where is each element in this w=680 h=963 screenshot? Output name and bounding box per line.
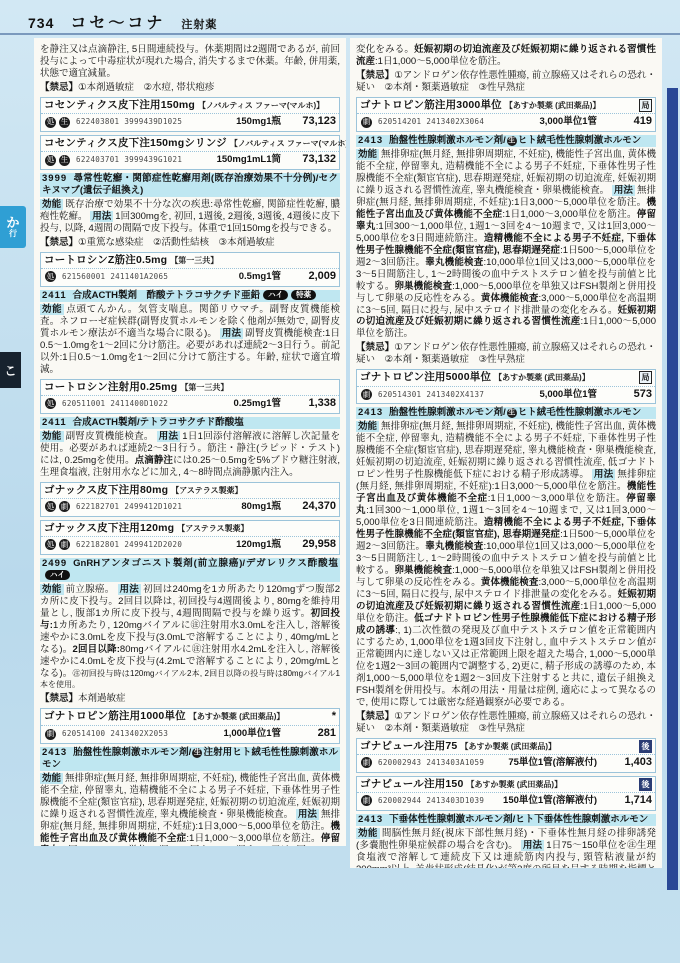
drug-header-row: ゴナックス皮下注用120mg【アステラス製薬】 [41,521,339,537]
manufacturer-name: 【第一三共】 [180,383,228,393]
asterisk-mark: * [332,710,336,724]
drug-header-row: コセンティクス皮下注用150mg【ノバルティス ファーマ(マルホ)】 [41,98,339,114]
section-label: 効能 [356,828,380,839]
yj-code: 2413402X4137 [426,390,484,399]
classification-line: 2411合成ACTH製剤 酢酸テトラコサクチド亜鉛ハイ特薬 [40,290,340,302]
section-label: 効能 [40,304,64,315]
text-run: 黄体機能検査 [481,577,539,588]
manufacturer-name: 【あすか製薬 (武田薬品)】 [467,780,563,790]
receipt-code: 620511001 [62,399,105,408]
kana-tab-suffix: 行 [9,229,17,238]
contraindication-label: 【禁忌】 [356,711,394,722]
text-run: GnRHアンタゴニスト製剤(前立腺癌)/デガレリクス酢酸塩 [73,558,338,569]
text-run: 前立腺癌。 [66,584,118,595]
classification-code: 2411 [42,290,67,301]
biological-product-mark-icon: 生 [59,155,70,166]
regulation-marks: 処 [44,271,57,282]
price-value: 281 [286,727,336,741]
text-run: 睾丸機能検査 [425,257,483,268]
text-run: 黄体機能検査 [481,293,539,304]
generic-after-mark: 後 [639,740,652,753]
paragraph: 【禁忌】①アンドロゲン依存性悪性腫瘍, 前立腺癌又はそれらの恐れ・疑い ②本剤・… [356,711,656,735]
section-label: 用法 [521,840,544,851]
regulation-marks: 処生 [44,117,71,128]
section-label: 効能 [40,199,63,210]
price-row: 劇6205141002413402X20531,000単位1管281 [41,726,339,743]
classification-code: 2413 [358,407,383,418]
drug-name: コセンティクス皮下注150mgシリンジ [44,137,227,150]
drug-name: コートロシン注射用0.25mg [44,381,177,394]
generic-after-mark: 後 [639,778,652,791]
price-row: 処劇6221827012499412D102180mg1瓶24,370 [41,499,339,516]
section-label: 効能 [356,421,379,432]
price-value: 24,370 [286,500,336,514]
drug-name: ゴナピュール注用150 [360,778,464,791]
text-run: ①アンドロゲン依存性悪性腫瘍, 前立腺癌又はそれらの恐れ・疑い ②本剤・類薬過敏… [356,70,656,93]
unit-spec: 75単位1管(溶解液付) [508,757,597,769]
price-row: 処6215600012411401A20650.5mg1管2,009 [41,269,339,286]
text-run: 合成ACTH製剤/テトラコサクチド酢酸塩 [73,417,244,428]
kana-tab-label: か [6,216,19,229]
page-edge-index-bar [667,88,678,890]
drug-entry: ゴナックス皮下注用120mg【アステラス製薬】処劇622182801249941… [40,520,340,555]
prescription-mark-icon: 処 [45,539,56,550]
prescription-mark-icon: 処 [45,271,56,282]
classification-code: 2413 [358,135,383,146]
text-run: 胎盤性性腺刺激ホルモン剤/ [389,407,506,418]
text-run: 胎盤性性腺刺激ホルモン剤/ [389,135,506,146]
yj-code: 2499412D1021 [124,502,182,511]
classification-code: 2411 [42,417,67,428]
section-label: 用法 [118,584,142,595]
unit-spec: 0.25mg1管 [233,398,281,410]
text-run: ㊟初回投与時は120mgバイアル2本, 2回目以降の投与時は80mgバイアル1本… [40,669,340,690]
paragraph: 効能既存治療で効果不十分な次の疾患:尋常性乾癬, 関節症性乾癬, 膿疱性乾癬。 … [40,199,340,235]
kana-current-label: こ [4,362,16,379]
unit-spec: 80mg1瓶 [241,501,281,513]
text-run: 2回目以降: [72,644,119,655]
text-run: 胎盤性性腺刺激ホルモン剤/ [73,747,191,758]
section-label: 効能 [356,149,379,160]
text-run: ①アンドロゲン依存性悪性腫瘍, 前立腺癌又はそれらの恐れ・疑い ②本剤・類薬過敏… [356,342,656,365]
header-divider [0,33,680,35]
price-row: 処生6224037013999439G1021150mg1mL1筒73,132 [41,152,339,169]
biological-mark-icon: 生 [192,748,202,758]
classification-code: 2499 [42,558,67,569]
manufacturer-name: 【あすか製薬 (武田薬品)】 [505,101,601,111]
price-row: 処6205110012411400D10220.25mg1管1,338 [41,396,339,413]
powerful-drug-mark-icon: 劇 [361,757,372,768]
drug-name: ゴナトロピン筋注用1000単位 [44,710,186,723]
powerful-drug-mark-icon: 劇 [59,501,70,512]
text-run: :, 1)二次性徴の発現及び血中テストステロン値を正常範囲内にするため, 1,0… [356,625,656,708]
text-run: ①アンドロゲン依存性悪性腫瘍, 前立腺癌又はそれらの恐れ・疑い ②本剤・類薬過敏… [356,711,656,734]
text-run: 卵巣機能検査 [394,281,452,292]
unit-spec: 1,000単位1管 [223,728,281,740]
page-header: 734 コセ〜コナ 注射薬 [28,10,217,33]
drug-name: ゴナピュール注用75 [360,740,457,753]
drug-name: コートロシンZ筋注0.5mg [44,254,167,267]
price-row: 処生6224038013999439D1025150mg1瓶73,123 [41,114,339,131]
pharmacopoeia-mark: 局 [639,99,652,112]
yj-code: 2499412D2020 [124,540,182,549]
manufacturer-name: 【ノバルティス ファーマ(マルホ)】 [230,139,346,149]
price-value: 73,123 [286,115,336,129]
text-run: 変化をみる。 [356,44,414,55]
drug-entry: ゴナトロピン筋注用3000単位【あすか製薬 (武田薬品)】局劇620514201… [356,97,656,132]
receipt-code: 622182801 [76,540,119,549]
text-run: 無排卵症(無月経, 無排卵周期症, 不妊症), 機能性子宮出血, 黄体機能不全症… [40,773,340,820]
column-left: を静注又は点滴静注, 5日間連続投与。休薬期間は2週間であるが, 前回投与によっ… [34,38,346,846]
drug-entry: ゴナックス皮下注用80mg【アステラス製薬】処劇6221827012499412… [40,482,340,517]
price-value: 573 [602,388,652,402]
regulation-marks: 劇 [44,729,57,740]
receipt-code: 620514100 [62,729,105,738]
yj-code: 3999439D1025 [124,117,182,126]
text-run: 無排卵症(無月経, 無排卵周期症, 不妊症), 機能性子宮出血, 黄体機能不全症… [356,149,656,196]
kana-index-tab-ka[interactable]: か 行 [0,206,26,248]
prescription-mark-icon: 処 [45,501,56,512]
contraindication-label: 【禁忌】 [40,693,78,704]
receipt-code: 620514201 [378,117,421,126]
classification-line: 2499GnRHアンタゴニスト製剤(前立腺癌)/デガレリクス酢酸塩ハイ [40,558,340,582]
text-run: 睾丸機能検査 [425,541,483,552]
drug-entry: ゴナピュール注用150【あすか製薬 (武田薬品)】後劇6200029442413… [356,776,656,811]
drug-header-row: ゴナトロピン筋注用3000単位【あすか製薬 (武田薬品)】局 [357,98,655,114]
unit-spec: 150単位1管(溶解液付) [503,795,597,807]
section-label: 用法 [592,469,615,480]
receipt-code: 622403801 [76,117,119,126]
yj-code: 2413402X2053 [110,729,168,738]
price-value: 1,403 [602,756,652,770]
classification-line: 2413胎盤性性腺刺激ホルモン剤/生ヒト絨毛性性腺刺激ホルモン [356,135,656,147]
paragraph: 【禁忌】①アンドロゲン依存性悪性腫瘍, 前立腺癌又はそれらの恐れ・疑い ②本剤・… [356,70,656,94]
page-subtitle: 注射薬 [181,16,217,32]
text-run: 点滴静注 [135,455,173,466]
price-value: 1,714 [602,794,652,808]
classification-code: 3999 [42,173,67,184]
text-run: 本剤過敏症 [78,693,126,704]
drug-entry: コートロシンZ筋注0.5mg【第一三共】処6215600012411401A20… [40,252,340,287]
drug-header-row: ゴナックス皮下注用80mg【アステラス製薬】 [41,483,339,499]
price-row: 劇6200029432413403A105975単位1管(溶解液付)1,403 [357,755,655,772]
text-run: ヒト絨毛性性腺刺激ホルモン [518,135,642,146]
price-value: 73,132 [286,153,336,167]
paragraph: 【禁忌】①本剤過敏症 ②水痘, 帯状疱疹 [40,82,340,94]
drug-name: ゴナックス皮下注用120mg [44,522,174,535]
paragraph: 【禁忌】本剤過敏症 [40,693,340,705]
biological-mark-icon: 生 [507,408,517,418]
paragraph: 【禁忌】①アンドロゲン依存性悪性腫瘍, 前立腺癌又はそれらの恐れ・疑い ②本剤・… [356,342,656,366]
price-value: 1,338 [286,397,336,411]
contraindication-label: 【禁忌】 [40,237,78,248]
powerful-drug-mark-icon: 劇 [45,729,56,740]
column-right: 変化をみる。妊娠初期の切迫流産及び妊娠初期に繰り返される習慣性流産:1日1,00… [350,38,662,868]
text-run: :1日1,000〜5,000単位を筋注。 [375,56,506,67]
paragraph: を静注又は点滴静注, 5日間連続投与。休薬期間は2週間であるが, 前回投与によっ… [40,44,340,80]
hai-risk-badge: ハイ [45,570,70,580]
section-label: 効能 [40,431,64,442]
classification-line: 2413胎盤性性腺刺激ホルモン剤/生ヒト絨毛性性腺刺激ホルモン [356,407,656,419]
price-row: 劇6200029442413403D1039150単位1管(溶解液付)1,714 [357,793,655,810]
text-run: を静注又は点滴静注, 5日間連続投与。休薬期間は2週間であるが, 前回投与によっ… [40,44,340,79]
manufacturer-name: 【ノバルティス ファーマ(マルホ)】 [198,101,324,111]
receipt-code: 620002944 [378,796,421,805]
powerful-drug-mark-icon: 劇 [59,539,70,550]
drug-header-row: ゴナトロピン筋注用1000単位【あすか製薬 (武田薬品)】* [41,709,339,726]
price-value: 419 [602,115,652,129]
text-run: :1日1,000〜3,000単位を筋注。 [488,493,626,504]
text-run: 合成ACTH製剤 酢酸テトラコサクチド亜鉛 [73,290,261,301]
manufacturer-name: 【あすか製薬 (武田薬品)】 [494,373,590,383]
pharmaceutical-reference-page: 734 コセ〜コナ 注射薬 を静注又は点滴静注, 5日間連続投与。休薬期間は2週… [0,0,680,963]
yj-code: 2413402X3064 [426,117,484,126]
page-number: 734 [28,15,54,31]
regulation-marks: 処 [44,398,57,409]
section-label: 用法 [296,809,319,820]
receipt-code: 622182701 [76,502,119,511]
regulation-marks: 劇 [360,757,373,768]
contraindication-label: 【禁忌】 [356,342,394,353]
drug-name: ゴナックス皮下注用80mg [44,484,168,497]
classification-code: 2413 [42,747,67,758]
regulation-marks: 処生 [44,155,71,166]
drug-entry: コセンティクス皮下注150mgシリンジ【ノバルティス ファーマ(マルホ)】処生6… [40,135,340,170]
price-value: 2,009 [286,270,336,284]
powerful-drug-mark-icon: 劇 [361,389,372,400]
unit-spec: 0.5mg1管 [239,271,281,283]
unit-spec: 5,000単位1管 [539,389,597,401]
yj-code: 2413403A1059 [426,758,484,767]
paragraph: 効能前立腺癌。 用法初回は240mgを1カ所あたり120mgずつ腹部2カ所に皮下… [40,584,340,692]
unit-spec: 150mg1mL1筒 [217,154,281,166]
text-run: :1回300〜1,000単位, 1週1〜3回を4〜10週まで, 又は1回3,00… [40,845,340,846]
drug-header-row: コートロシンZ筋注0.5mg【第一三共】 [41,253,339,269]
paragraph: 効能間脳性無月経(視床下部性無月経)・下垂体性無月経の排卵誘発(多嚢胞性卵巣症候… [356,828,656,868]
section-label: 用法 [220,328,243,339]
powerful-drug-mark-icon: 劇 [361,795,372,806]
drug-name: ゴナトロピン筋注用3000単位 [360,99,502,112]
drug-entry: コートロシン注射用0.25mg【第一三共】処6205110012411400D1… [40,379,340,414]
section-label: 効能 [40,584,64,595]
regulation-marks: 劇 [360,389,373,400]
tokuyaku-badge: 特薬 [291,290,316,300]
paragraph: 効能無排卵症(無月経, 無排卵周期症, 不妊症), 機能性子宮出血, 黄体機能不… [40,773,340,846]
price-row: 劇6205143012413402X41375,000単位1管573 [357,387,655,404]
receipt-code: 620514301 [378,390,421,399]
unit-spec: 3,000単位1管 [539,116,597,128]
prescription-mark-icon: 処 [45,117,56,128]
regulation-marks: 処劇 [44,501,71,512]
manufacturer-name: 【第一三共】 [170,256,218,266]
receipt-code: 622403701 [76,155,119,164]
biological-product-mark-icon: 生 [59,117,70,128]
section-label: 用法 [612,185,635,196]
paragraph: 効能点頭てんかん。気管支喘息。関節リウマチ。副腎皮質機能検査。ネフローゼ症候群(… [40,304,340,376]
unit-spec: 150mg1瓶 [236,116,281,128]
regulation-marks: 劇 [360,795,373,806]
price-row: 処劇6221828012499412D2020120mg1瓶29,958 [41,537,339,554]
drug-header-row: コートロシン注射用0.25mg【第一三共】 [41,380,339,396]
yj-code: 3999439G1021 [124,155,182,164]
classification-line: 2413胎盤性性腺刺激ホルモン剤/生注射用ヒト絨毛性性腺刺激ホルモン [40,747,340,771]
paragraph: 効能無排卵症(無月経, 無排卵周期症, 不妊症), 機能性子宮出血, 黄体機能不… [356,421,656,708]
drug-entry: ゴナトロピン筋注用1000単位【あすか製薬 (武田薬品)】*劇620514100… [40,708,340,744]
biological-mark-icon: 生 [507,136,517,146]
drug-entry: ゴナトロピン注用5000単位【あすか製薬 (武田薬品)】局劇6205143012… [356,369,656,404]
drug-header-row: コセンティクス皮下注150mgシリンジ【ノバルティス ファーマ(マルホ)】 [41,136,339,152]
receipt-code: 620002943 [378,758,421,767]
classification-line: 2413下垂体性性腺刺激ホルモン剤/ヒト下垂体性性腺刺激ホルモン [356,814,656,826]
manufacturer-name: 【あすか製薬 (武田薬品)】 [189,712,285,722]
regulation-marks: 劇 [360,117,373,128]
drug-entry: コセンティクス皮下注用150mg【ノバルティス ファーマ(マルホ)】処生6224… [40,97,340,132]
prescription-mark-icon: 処 [45,398,56,409]
manufacturer-name: 【あすか製薬 (武田薬品)】 [460,742,556,752]
text-run: ①本剤過敏症 ②水痘, 帯状疱疹 [78,82,214,93]
text-run: 卵巣機能検査 [394,565,452,576]
yj-code: 2411400D1022 [110,399,168,408]
contraindication-label: 【禁忌】 [40,82,78,93]
drug-entry: ゴナピュール注用75【あすか製薬 (武田薬品)】後劇62000294324134… [356,738,656,773]
paragraph: 変化をみる。妊娠初期の切迫流産及び妊娠初期に繰り返される習慣性流産:1日1,00… [356,44,656,68]
paragraph: 効能副腎皮質機能検査。 用法1日1回添付溶解液に溶解し次記量を使用。必要があれば… [40,431,340,479]
section-label: 効能 [40,773,63,784]
drug-name: ゴナトロピン注用5000単位 [360,371,491,384]
yj-code: 2411401A2065 [110,272,168,281]
manufacturer-name: 【アステラス製薬】 [171,486,242,496]
receipt-code: 621560001 [62,272,105,281]
classification-line: 2411合成ACTH製剤/テトラコサクチド酢酸塩 [40,417,340,429]
price-row: 劇6205142012413402X30643,000単位1管419 [357,114,655,131]
prescription-mark-icon: 処 [45,155,56,166]
text-run: :1日1,000〜3,000単位を筋注。 [186,833,320,844]
text-run: :1日1,000〜3,000単位を筋注。 [502,209,636,220]
drug-header-row: ゴナピュール注用150【あすか製薬 (武田薬品)】後 [357,777,655,793]
price-value: 29,958 [286,538,336,552]
section-label: 用法 [157,431,181,442]
paragraph: 【禁忌】①重篤な感染症 ②活動性結核 ③本剤過敏症 [40,237,340,249]
yj-code: 2413403D1039 [426,796,484,805]
classification-line: 3999尋常性乾癬・関節症性乾癬用剤(既存治療効果不十分例)/セクキヌマブ(遺伝… [40,173,340,197]
regulation-marks: 処劇 [44,539,71,550]
text-run: 尋常性乾癬・関節症性乾癬用剤(既存治療効果不十分例)/セクキヌマブ(遺伝子組換え… [42,173,338,196]
pharmacopoeia-mark: 局 [639,371,652,384]
drug-header-row: ゴナトロピン注用5000単位【あすか製薬 (武田薬品)】局 [357,370,655,386]
powerful-drug-mark-icon: 劇 [361,117,372,128]
manufacturer-name: 【アステラス製薬】 [177,524,248,534]
section-label: 用法 [90,211,113,222]
hai-risk-badge: ハイ [263,290,288,300]
classification-code: 2413 [358,814,383,825]
text-run: 副腎皮質機能検査。 [66,431,157,442]
text-run: ヒト絨毛性性腺刺激ホルモン [518,407,642,418]
unit-spec: 120mg1瓶 [236,539,281,551]
drug-name: コセンティクス皮下注用150mg [44,99,195,112]
text-run: 下垂体性性腺刺激ホルモン剤/ヒト下垂体性性腺刺激ホルモン [389,814,648,825]
text-run: ①重篤な感染症 ②活動性結核 ③本剤過敏症 [78,237,275,248]
paragraph: 効能無排卵症(無月経, 無排卵周期症, 不妊症), 機能性子宮出血, 黄体機能不… [356,149,656,341]
drug-header-row: ゴナピュール注用75【あすか製薬 (武田薬品)】後 [357,739,655,755]
contraindication-label: 【禁忌】 [356,70,394,81]
kana-index-tab-ko[interactable]: こ [0,352,21,388]
page-title: コセ〜コナ [70,10,165,33]
